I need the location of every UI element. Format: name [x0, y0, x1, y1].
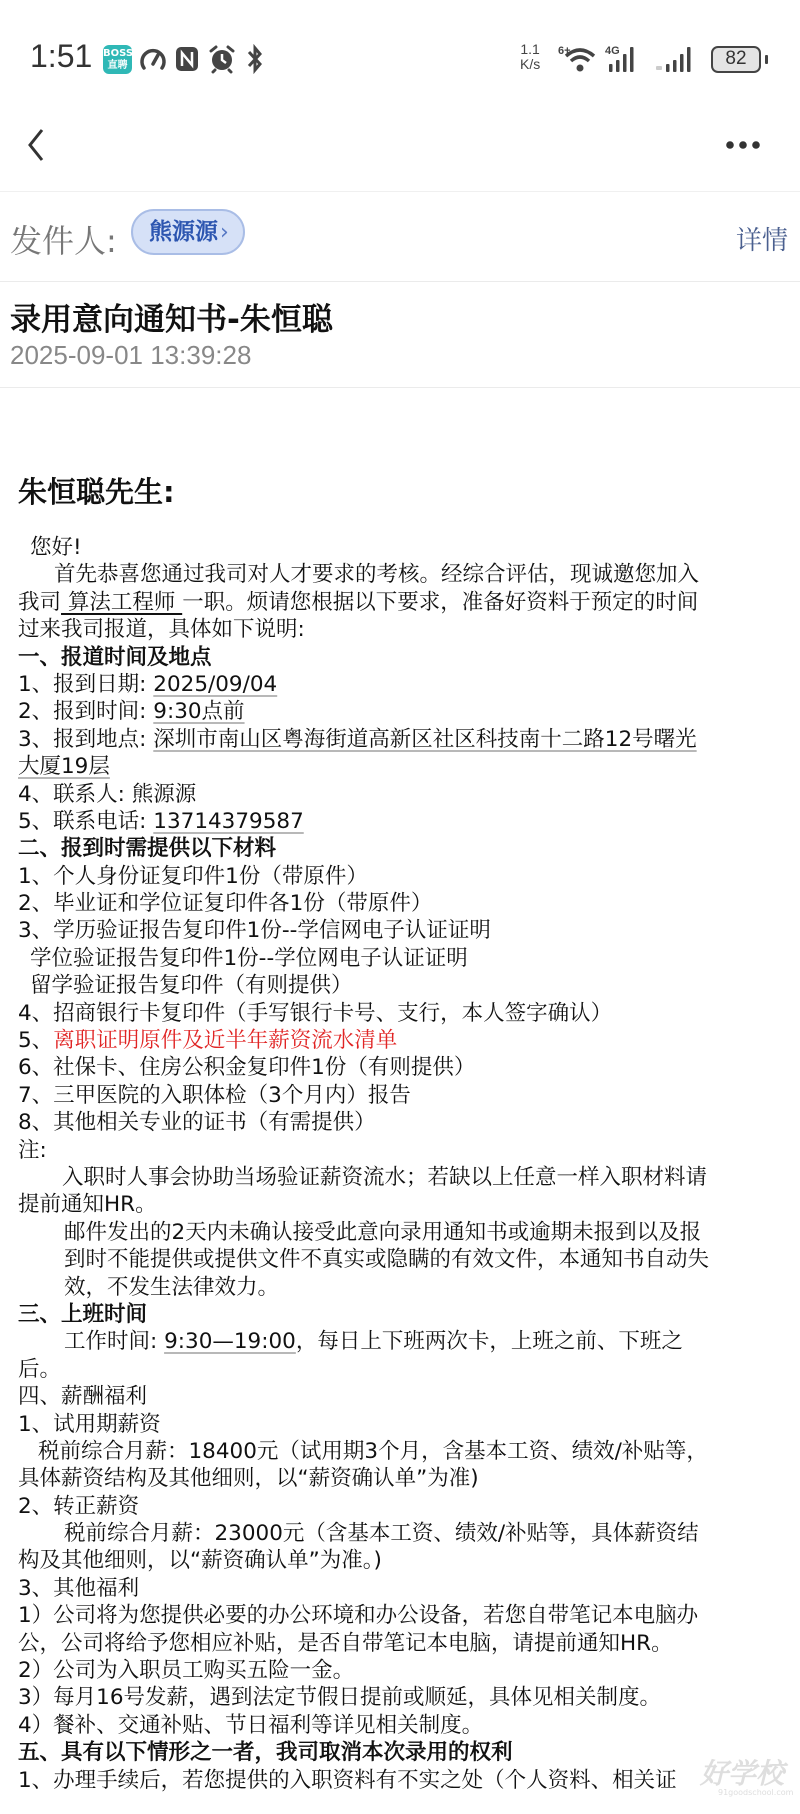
subject-block: 录用意向通知书-朱恒聪 2025-09-01 13:39:28 — [0, 282, 800, 388]
material-item: 6、社保卡、住房公积金复印件1份（有则提供） — [18, 1054, 790, 1081]
note-line: 到时不能提供或提供文件不真实或隐瞒的有效文件，本通知书自动失 — [18, 1246, 790, 1273]
status-time: 1:51 — [30, 38, 92, 75]
alarm-icon — [207, 44, 237, 74]
intro-line-2: 我司 算法工程师 一职。烦请您根据以下要求，准备好资料于预定的时间 — [18, 589, 790, 616]
boss-app-icon: BOSS 直聘 — [103, 45, 132, 74]
nav-bar — [0, 100, 800, 192]
section-4-heading: 四、薪酬福利 — [18, 1383, 790, 1410]
chevron-right-icon: › — [220, 220, 229, 245]
work-hours-line: 工作时间: 9:30—19:00，每日上下班两次卡，上班之前、下班之 — [18, 1328, 790, 1355]
report-time-value[interactable]: 9:30点前 — [153, 699, 244, 724]
battery-tip — [765, 55, 768, 64]
email-subject: 录用意向通知书-朱恒聪 — [10, 294, 333, 339]
report-date: 1、报到日期: 2025/09/04 — [18, 671, 790, 698]
benefit-item: 2）公司为入职员工购买五险一金。 — [18, 1657, 790, 1684]
sender-row: 发件人: 熊源源› 详情 — [0, 192, 800, 282]
material-item-highlight: 5、离职证明原件及近半年薪资流水清单 — [18, 1027, 790, 1054]
contact-person: 4、联系人: 熊源源 — [18, 781, 790, 808]
section-2-heading: 二、报到时需提供以下材料 — [18, 835, 790, 862]
body-lines: 您好! 首先恭喜您通过我司对人才要求的考核。经综合评估，现诚邀您加入 我司 算法… — [18, 534, 790, 1794]
back-chevron-icon[interactable] — [20, 120, 60, 170]
report-place-value-2[interactable]: 大厦19层 — [18, 754, 110, 779]
salutation: 朱恒聪先生: — [18, 470, 175, 511]
material-item: 学位验证报告复印件1份--学位网电子认证证明 — [18, 945, 790, 972]
probation-title: 1、试用期薪资 — [18, 1411, 790, 1438]
benefit-item-cont: 公，公司将给予您相应补贴，是否自带笔记本电脑，请提前通知HR。 — [18, 1630, 790, 1657]
boss-badge-top: BOSS — [103, 48, 132, 60]
regular-title: 2、转正薪资 — [18, 1493, 790, 1520]
sender-chip[interactable]: 熊源源› — [131, 209, 245, 255]
note-line: 邮件发出的2天内未确认接受此意向录用通知书或逾期未报到以及报 — [18, 1219, 790, 1246]
cellular-signal-icon — [652, 44, 702, 74]
report-time: 2、报到时间: 9:30点前 — [18, 698, 790, 725]
sender-label: 发件人: — [10, 216, 117, 262]
bluetooth-icon — [245, 44, 265, 74]
report-date-value[interactable]: 2025/09/04 — [153, 672, 277, 697]
material-item: 8、其他相关专业的证书（有需提供） — [18, 1109, 790, 1136]
note-line: 效，不发生法律效力。 — [18, 1274, 790, 1301]
report-place-cont: 大厦19层 — [18, 753, 790, 780]
details-link[interactable]: 详情 — [736, 220, 788, 257]
watermark-logo: 好学校 91goodschool.com — [700, 1752, 796, 1802]
intro-line-1: 首先恭喜您通过我司对人才要求的考核。经综合评估，现诚邀您加入 — [18, 561, 790, 588]
wifi-icon: 6+ — [558, 44, 598, 74]
hello-line: 您好! — [18, 534, 790, 561]
nfc-icon — [172, 44, 202, 74]
highlighted-requirement: 离职证明原件及近半年薪资流水清单 — [53, 1028, 397, 1053]
material-item: 2、毕业证和学位证复印件各1份（带原件） — [18, 890, 790, 917]
material-item: 1、个人身份证复印件1份（带原件） — [18, 863, 790, 890]
material-item: 4、招商银行卡复印件（手写银行卡号、支行，本人签字确认） — [18, 1000, 790, 1027]
probation-salary: 税前综合月薪：18400元（试用期3个月，含基本工资、绩效/补贴等， — [18, 1438, 790, 1465]
position-name: 算法工程师 — [61, 590, 182, 615]
section-5-heading: 五、具有以下情形之一者，我司取消本次录用的权利 — [18, 1739, 790, 1766]
sender-name: 熊源源 — [149, 219, 218, 245]
report-place-value[interactable]: 深圳市南山区粤海街道高新区社区科技南十二路12号曙光 — [153, 727, 696, 752]
battery-indicator: 82 — [711, 46, 761, 73]
cellular-4g-icon: 4G — [605, 44, 645, 74]
section-1-heading: 一、报道时间及地点 — [18, 644, 790, 671]
work-hours-cont: 后。 — [18, 1356, 790, 1383]
network-speed: 1.1 K/s — [520, 42, 540, 72]
note-line: 提前通知HR。 — [18, 1191, 790, 1218]
speedometer-icon — [138, 44, 168, 74]
status-bar: 1:51 BOSS 直聘 1.1 K/s 6+ 4G — [0, 0, 800, 100]
phone-number-link[interactable]: 13714379587 — [153, 809, 303, 834]
cancellation-item: 1、办理手续后，若您提供的入职资料有不实之处（个人资料、相关证 — [18, 1767, 790, 1794]
other-benefits-title: 3、其他福利 — [18, 1575, 790, 1602]
svg-text:4G: 4G — [605, 45, 620, 57]
intro-line-3: 过来我司报道，具体如下说明: — [18, 616, 790, 643]
benefit-item: 3）每月16号发薪，遇到法定节假日提前或顺延，具体见相关制度。 — [18, 1684, 790, 1711]
report-place: 3、报到地点: 深圳市南山区粤海街道高新区社区科技南十二路12号曙光 — [18, 726, 790, 753]
work-hours-value[interactable]: 9:30—19:00 — [164, 1329, 296, 1354]
benefit-item: 4）餐补、交通补贴、节日福利等详见相关制度。 — [18, 1712, 790, 1739]
note-line: 入职时人事会协助当场验证薪资流水；若缺以上任意一样入职材料请 — [18, 1164, 790, 1191]
benefit-item: 1）公司将为您提供必要的办公环境和办公设备，若您自带笔记本电脑办 — [18, 1602, 790, 1629]
more-ellipsis-icon[interactable] — [720, 130, 770, 160]
email-datetime: 2025-09-01 13:39:28 — [10, 340, 251, 371]
material-item: 留学验证报告复印件（有则提供） — [18, 972, 790, 999]
material-item: 3、学历验证报告复印件1份--学信网电子认证证明 — [18, 917, 790, 944]
section-3-heading: 三、上班时间 — [18, 1301, 790, 1328]
probation-salary-cont: 具体薪资结构及其他细则，以“薪资确认单”为准) — [18, 1465, 790, 1492]
contact-phone: 5、联系电话: 13714379587 — [18, 808, 790, 835]
boss-badge-bottom: 直聘 — [103, 60, 132, 72]
note-label: 注: — [18, 1137, 790, 1164]
regular-salary: 税前综合月薪：23000元（含基本工资、绩效/补贴等，具体薪资结 — [18, 1520, 790, 1547]
regular-salary-cont: 构及其他细则，以“薪资确认单”为准。) — [18, 1547, 790, 1574]
material-item: 7、三甲医院的入职体检（3个月内）报告 — [18, 1082, 790, 1109]
